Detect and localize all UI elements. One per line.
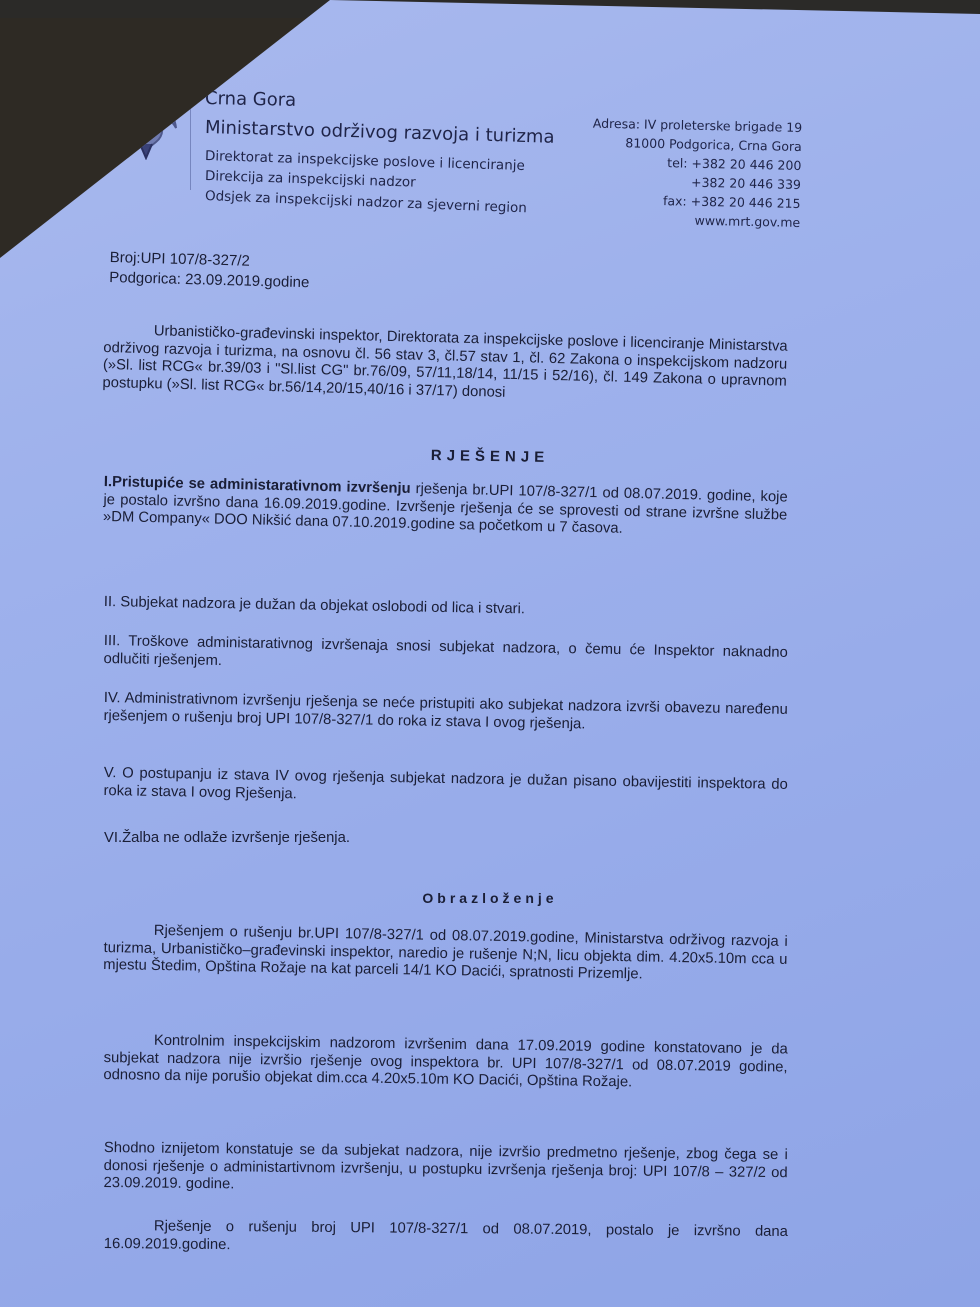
document-meta: Broj:UPI 107/8-327/2 Podgorica: 23.09.20… <box>109 248 310 293</box>
contact-website: www.mrt.gov.me <box>590 209 800 232</box>
reasoning-paragraph-4: Rješenje o rušenju broj UPI 107/8-327/1 … <box>104 1218 788 1259</box>
preamble-text: Urbanističko-građevinski inspektor, Dire… <box>102 322 788 409</box>
decision-item-2: II. Subjekat nadzora je dužan da objekat… <box>104 594 788 623</box>
handwritten-mark: Xh. <box>15 148 76 196</box>
document-place-date: Podgorica: 23.09.2019.godine <box>109 268 310 293</box>
contact-block: Adresa: IV proleterske brigade 19 81000 … <box>590 114 802 232</box>
reasoning-paragraph-1: Rješenjem o rušenju br.UPI 107/8-327/1 o… <box>103 922 788 986</box>
decision-item-1: I.Pristupiće se administarativnom izvrše… <box>103 474 788 542</box>
decision-item-6: VI.Žalba ne odlaže izvršenje rješenja. <box>104 830 788 848</box>
reasoning-title: Obrazloženje <box>0 890 980 906</box>
decision-item-3: III. Troškove administarativnog izvršena… <box>103 633 788 680</box>
reasoning-paragraph-3: Shodno iznijetom konstatuje se da subjek… <box>103 1140 788 1200</box>
letterhead-divider <box>190 90 191 190</box>
decision-item-5: V. O postupanju iz stava IV ovog rješenj… <box>103 765 788 812</box>
document-page: Xh. Crna Gora Ministarstvo održivog razv… <box>0 0 980 1307</box>
letterhead-department: Odsjek za inspekcijski nadzor za sjevern… <box>205 188 528 216</box>
letterhead-ministry: Ministarstvo održivog razvoja i turizma <box>205 117 555 148</box>
decision-item-4: IV. Administrativnom izvršenju rješenja … <box>103 690 788 737</box>
reasoning-paragraph-2: Kontrolnim inspekcijskim nadzorom izvrše… <box>103 1032 788 1094</box>
decision-title: RJEŠENJE <box>0 439 980 473</box>
letterhead-country: Crna Gora <box>205 88 297 111</box>
letterhead-direction: Direkcija za inspekcijski nadzor <box>205 168 416 191</box>
preamble: Urbanističko-građevinski inspektor, Dire… <box>102 322 788 409</box>
montenegro-coat-of-arms-icon <box>110 84 182 160</box>
